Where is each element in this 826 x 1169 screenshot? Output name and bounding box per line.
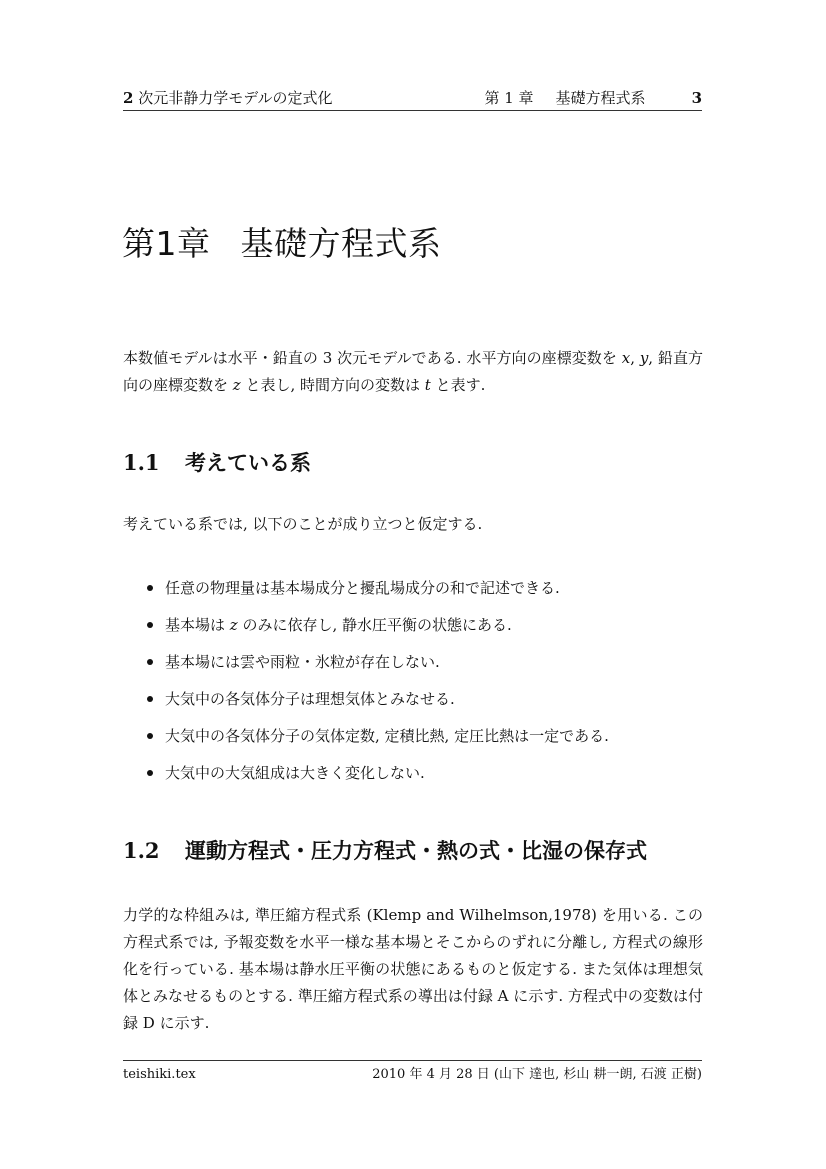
section-1-2-body: 力学的な枠組みは, 準圧縮方程式系 (Klemp and Wilhelmson,… bbox=[123, 902, 703, 1037]
footer-filename: teishiki.tex bbox=[123, 1066, 196, 1084]
list-item-text: 基本場には雲や雨粒・氷粒が存在しない. bbox=[165, 649, 440, 675]
bullet-icon bbox=[147, 585, 153, 591]
intro-paragraph: 本数値モデルは水平・鉛直の 3 次元モデルである. 水平方向の座標変数を x, … bbox=[123, 345, 703, 399]
assumption-list: 任意の物理量は基本場成分と擾乱場成分の和で記述できる. 基本場は z のみに依存… bbox=[147, 575, 609, 797]
bullet-icon bbox=[147, 733, 153, 739]
bullet-icon bbox=[147, 659, 153, 665]
math-var-z: z bbox=[233, 376, 241, 394]
list-item: 大気中の各気体分子の気体定数, 定積比熱, 定圧比熱は一定である. bbox=[147, 723, 609, 760]
intro-text-3: と表し, 時間方向の変数は bbox=[241, 376, 425, 394]
bullet-icon bbox=[147, 696, 153, 702]
chapter-title: 第1章基礎方程式系 bbox=[122, 222, 442, 266]
header-chapter-label: 第 1 章 bbox=[484, 88, 533, 108]
list-item-text: 任意の物理量は基本場成分と擾乱場成分の和で記述できる. bbox=[165, 575, 560, 601]
document-page: 2 次元非静力学モデルの定式化 第 1 章 基礎方程式系 3 第1章基礎方程式系… bbox=[0, 0, 826, 1169]
chapter-number: 第1章 bbox=[122, 224, 211, 263]
footer-date-authors: 2010 年 4 月 28 日 (山下 達也, 杉山 耕一朗, 石渡 正樹) bbox=[372, 1066, 702, 1084]
header-title-number: 2 bbox=[123, 89, 133, 107]
intro-sep: , bbox=[630, 349, 640, 367]
header-page-number: 3 bbox=[692, 88, 702, 108]
section-title-text: 考えている系 bbox=[185, 451, 311, 475]
list-item-text: 大気中の各気体分子の気体定数, 定積比熱, 定圧比熱は一定である. bbox=[165, 723, 609, 749]
section-1-2-heading: 1.2運動方程式・圧力方程式・熱の式・比湿の保存式 bbox=[123, 836, 647, 866]
header-document-title: 2 次元非静力学モデルの定式化 bbox=[123, 88, 332, 108]
list-item-text: 大気中の各気体分子は理想気体とみなせる. bbox=[165, 686, 455, 712]
bullet-icon bbox=[147, 770, 153, 776]
header-title-text: 次元非静力学モデルの定式化 bbox=[138, 89, 332, 107]
intro-text-1: 本数値モデルは水平・鉛直の 3 次元モデルである. 水平方向の座標変数を bbox=[123, 349, 622, 367]
running-header: 2 次元非静力学モデルの定式化 第 1 章 基礎方程式系 3 bbox=[123, 88, 702, 111]
math-var-z: z bbox=[230, 616, 238, 634]
list-item-text-part: 基本場は bbox=[165, 616, 230, 634]
header-chapter-info: 第 1 章 基礎方程式系 3 bbox=[484, 88, 702, 108]
list-item: 基本場は z のみに依存し, 静水圧平衡の状態にある. bbox=[147, 612, 609, 649]
list-item: 任意の物理量は基本場成分と擾乱場成分の和で記述できる. bbox=[147, 575, 609, 612]
page-footer: teishiki.tex 2010 年 4 月 28 日 (山下 達也, 杉山 … bbox=[123, 1060, 702, 1066]
chapter-title-text: 基礎方程式系 bbox=[241, 224, 442, 263]
bullet-icon bbox=[147, 622, 153, 628]
list-item-text: 基本場は z のみに依存し, 静水圧平衡の状態にある. bbox=[165, 612, 512, 638]
header-chapter-title: 基礎方程式系 bbox=[556, 88, 646, 108]
section-1-1-lead: 考えている系では, 以下のことが成り立つと仮定する. bbox=[123, 511, 703, 538]
list-item-text: 大気中の大気組成は大きく変化しない. bbox=[165, 760, 425, 786]
section-1-1-heading: 1.1考えている系 bbox=[123, 448, 311, 478]
list-item: 基本場には雲や雨粒・氷粒が存在しない. bbox=[147, 649, 609, 686]
list-item-text-part: のみに依存し, 静水圧平衡の状態にある. bbox=[238, 616, 512, 634]
intro-text-4: と表す. bbox=[431, 376, 486, 394]
section-number: 1.2 bbox=[123, 836, 185, 866]
list-item: 大気中の大気組成は大きく変化しない. bbox=[147, 760, 609, 797]
section-title-text: 運動方程式・圧力方程式・熱の式・比湿の保存式 bbox=[185, 839, 647, 863]
list-item: 大気中の各気体分子は理想気体とみなせる. bbox=[147, 686, 609, 723]
section-number: 1.1 bbox=[123, 448, 185, 478]
math-var-x: x bbox=[622, 349, 630, 367]
